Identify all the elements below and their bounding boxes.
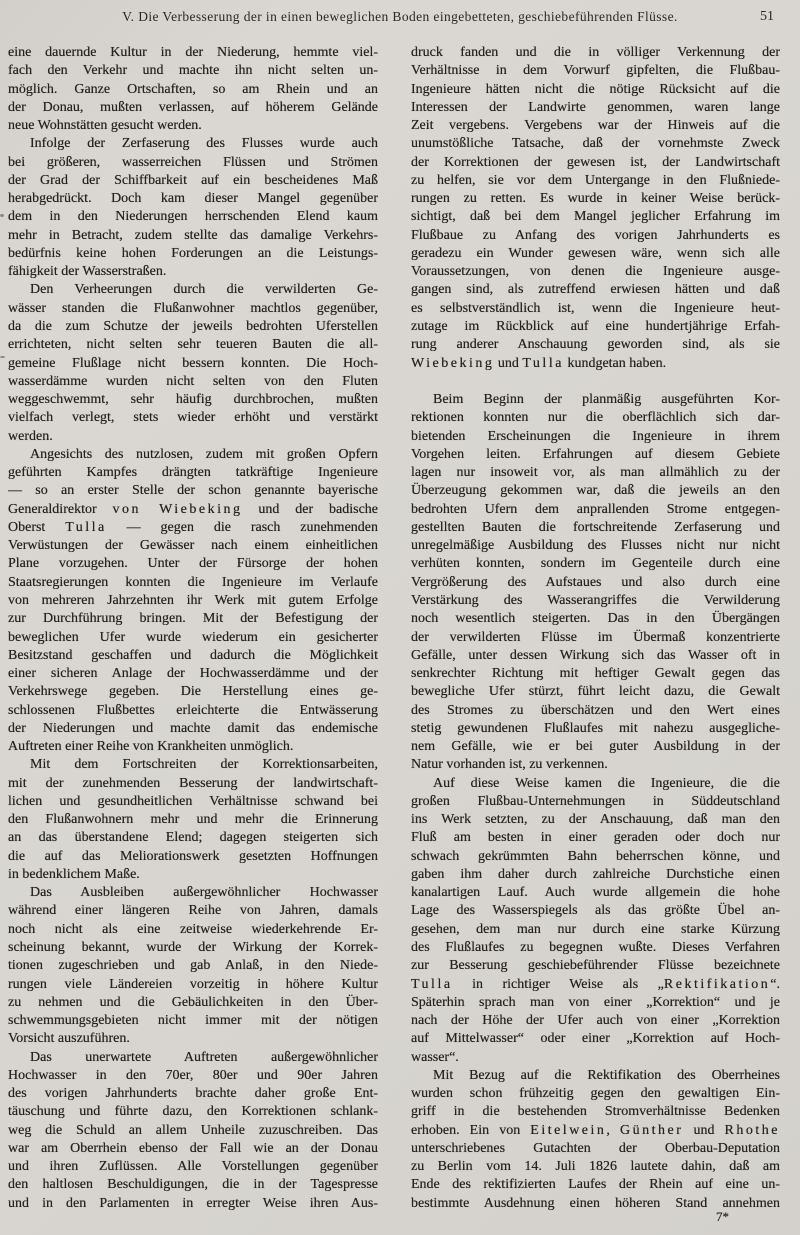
text-line: an das überstandene Elend; dagegen steig… bbox=[8, 829, 378, 847]
spaced-emphasis: Tulla bbox=[65, 520, 107, 535]
spaced-emphasis: Rhothe bbox=[725, 1123, 780, 1138]
text-line: druck fanden und die in völliger Verkenn… bbox=[411, 44, 780, 62]
text-line: des vorigen Jahrhunderts brachte daher g… bbox=[8, 1085, 378, 1103]
text-line: Überzeugung gekommen war, daß die jeweil… bbox=[411, 482, 780, 500]
text-line: Natur vorhanden ist, zu verkennen. bbox=[411, 756, 780, 774]
text-column-right: druck fanden und die in völliger Verkenn… bbox=[411, 44, 780, 1213]
text-line: lichen und gesundheitlichen Verhältnisse… bbox=[8, 793, 378, 811]
text-line: war am Oberrhein ebenso der Fall wie an … bbox=[8, 1140, 378, 1158]
text-line: Späterhin sprach man von einer „Korrekti… bbox=[411, 994, 780, 1012]
text-line: nach der Höhe der Ufer auch von einer „K… bbox=[411, 1012, 780, 1030]
text-line: bedürfnis keine hohen Forderungen an die… bbox=[8, 245, 378, 263]
text-line: Angesichts des nutzlosen, zudem mit groß… bbox=[8, 446, 378, 464]
text-line: noch nicht als eine zeitweise wiederkehr… bbox=[8, 921, 378, 939]
text-line: der verwilderten Flüsse im Übermaß konze… bbox=[411, 629, 780, 647]
text-line: täuschung und führte dazu, den Korrektio… bbox=[8, 1103, 378, 1121]
text-line: die auf das Meliorationswerk gesetzten H… bbox=[8, 848, 378, 866]
text-line: mehr in Betracht, zudem stellte das dama… bbox=[8, 227, 378, 245]
text-line: zu nehmen und die Gebäulichkeiten in den… bbox=[8, 994, 378, 1012]
text-line: und in den Parlamenten in erregter Weise… bbox=[8, 1195, 378, 1213]
text-line: Vorsicht auszuführen. bbox=[8, 1030, 378, 1048]
text-line: fähigkeit der Wasserstraßen. bbox=[8, 263, 378, 281]
text-line: des Flußlaufes zu begegnen wußte. Dieses… bbox=[411, 939, 780, 957]
text-line: ins Werk setzten, zu der Anschauung, daß… bbox=[411, 811, 780, 829]
text-line: Lage des Wasserspiegels als das größte Ü… bbox=[411, 902, 780, 920]
text-line: zu Berlin vom 14. Juli 1826 lautete dahi… bbox=[411, 1158, 780, 1176]
text-line: dem in den Niederungen herrschenden Elen… bbox=[8, 208, 378, 226]
text-line: des Stromes zu überschätzen und den Wert… bbox=[411, 702, 780, 720]
text-line: Hochwasser in den 70er, 80er und 90er Ja… bbox=[8, 1067, 378, 1085]
text-line: Zeit vergebens. Vergebens war der Hinwei… bbox=[411, 117, 780, 135]
text-line: es selbstverständlich ist, wenn die Inge… bbox=[411, 300, 780, 318]
text-line: der Niederungen und machte damit das end… bbox=[8, 720, 378, 738]
text-line: rungen zu retten. Es wurde in keiner Wei… bbox=[411, 190, 780, 208]
text-line: unterschriebenes Gutachten der Oberbau-D… bbox=[411, 1140, 780, 1158]
running-header: V. Die Verbesserung der in einen bewegli… bbox=[0, 9, 800, 27]
spaced-emphasis: von Wiebeking bbox=[113, 502, 243, 517]
text-line: kanalartigen Lauf. Auch wurde allgemein … bbox=[411, 884, 780, 902]
text-line: zur Durchführung bringen. Mit der Befest… bbox=[8, 610, 378, 628]
text-line: Mit Bezug auf die Rektifikation des Ober… bbox=[411, 1067, 780, 1085]
text-line: Infolge der Zerfaserung des Flusses wurd… bbox=[8, 135, 378, 153]
text-line: rungen viele Ländereien vorzeitig in höh… bbox=[8, 976, 378, 994]
text-line: Tulla in richtiger Weise als „Rektifikat… bbox=[411, 976, 780, 994]
text-line: Voraussetzungen, von denen die Ingenieur… bbox=[411, 263, 780, 281]
text-line: mit der zunehmenden Besserung der landwi… bbox=[8, 775, 378, 793]
text-line: gesehen, dem man nur durch eine starke K… bbox=[411, 921, 780, 939]
spaced-emphasis: Günther bbox=[620, 1123, 683, 1138]
text-line: Verwüstungen der Gewässer nach einem ein… bbox=[8, 537, 378, 555]
text-line: erhoben. Ein von Eitelwein, Günther und … bbox=[411, 1122, 780, 1140]
text-column-left: eine dauernde Kultur in der Niederung, h… bbox=[8, 44, 378, 1213]
text-line: — so an erster Stelle der schon genannte… bbox=[8, 482, 378, 500]
text-line: wasser“. bbox=[411, 1049, 780, 1067]
text-line: eine dauernde Kultur in der Niederung, h… bbox=[8, 44, 378, 62]
text-line: zutage im Rückblick auf eine hundertjähr… bbox=[411, 318, 780, 336]
text-line: wurden schon frühzeitig gegen den gewalt… bbox=[411, 1085, 780, 1103]
text-line: Oberst Tulla — gegen die rasch zunehmend… bbox=[8, 519, 378, 537]
text-line: Flußbaue zu Anfang des vorigen Jahrhunde… bbox=[411, 227, 780, 245]
text-line: scheinung bekannt, wurde der Wirkung der… bbox=[8, 939, 378, 957]
text-line: rektionen konnten nur die oberflächlich … bbox=[411, 409, 780, 427]
text-line: Das Ausbleiben außergewöhnlicher Hochwas… bbox=[8, 884, 378, 902]
text-line: unregelmäßige Ausbildung des Flusses nic… bbox=[411, 537, 780, 555]
signature-mark: 7* bbox=[716, 1209, 729, 1225]
scan-speck bbox=[0, 356, 5, 358]
text-line: wässer standen die Flußanwohner machtlos… bbox=[8, 300, 378, 318]
text-line: noch wesentlich steigerten. Das in den Ü… bbox=[411, 610, 780, 628]
spaced-emphasis: Eitelwein bbox=[530, 1123, 606, 1138]
text-line: vielfach verlegt, stets wieder erhöht un… bbox=[8, 409, 378, 427]
spaced-emphasis: Tulla bbox=[522, 356, 564, 371]
text-line: den Flußanwohnern mehr und mehr die Erin… bbox=[8, 811, 378, 829]
text-line: zur Besserung geschiebeführender Flüsse … bbox=[411, 957, 780, 975]
text-line: Den Verheerungen durch die verwilderten … bbox=[8, 281, 378, 299]
text-line: sichtigt, daß bei dem Mangel jeglicher E… bbox=[411, 208, 780, 226]
text-line: werden. bbox=[8, 428, 378, 446]
text-line: errichteten, nicht selten sehr teueren B… bbox=[8, 336, 378, 354]
chapter-header-title: V. Die Verbesserung der in einen bewegli… bbox=[122, 9, 678, 24]
text-line: Das unerwartete Auftreten außergewöhnlic… bbox=[8, 1049, 378, 1067]
text-line: möglich. Ganze Ortschaften, so am Rhein … bbox=[8, 81, 378, 99]
text-line: wasserdämme wurden nicht selten von den … bbox=[8, 373, 378, 391]
book-page: V. Die Verbesserung der in einen bewegli… bbox=[0, 0, 800, 1235]
text-line: Besitzstand geschaffen und dadurch die M… bbox=[8, 647, 378, 665]
text-line: bedrohten Ufern dem anprallenden Strome … bbox=[411, 501, 780, 519]
scan-speck bbox=[0, 214, 4, 217]
text-line: Interessen der Landwirte genommen, waren… bbox=[411, 99, 780, 117]
text-line: Gefälle, unter dessen Wirkung sich das W… bbox=[411, 647, 780, 665]
spaced-emphasis: Rektifikation bbox=[664, 977, 770, 992]
text-line: stetig gewundenen Flußlaufes mit nahezu … bbox=[411, 720, 780, 738]
text-line: Auftreten einer Reihe von Krankheiten un… bbox=[8, 738, 378, 756]
text-line: beweglichen Ufer wurde wiederum ein gesi… bbox=[8, 629, 378, 647]
text-line: herabgedrückt. Doch kam dieser Mangel ge… bbox=[8, 190, 378, 208]
text-line: während einer längeren Reihe von Jahren,… bbox=[8, 902, 378, 920]
text-line: großen Flußbau-Unternehmungen in Süddeut… bbox=[411, 793, 780, 811]
text-line: und ihren Zuflüssen. Alle Vorstellungen … bbox=[8, 1158, 378, 1176]
text-line: der Korrektionen der gewesen ist, der La… bbox=[411, 154, 780, 172]
text-line: neue Wohnstätten gesucht werden. bbox=[8, 117, 378, 135]
text-line: bewegliche Ufer stürzt, führt leicht daz… bbox=[411, 683, 780, 701]
text-line: bietenden Erscheinungen die Ingenieure i… bbox=[411, 428, 780, 446]
text-line: Vergrößerung des Aufstaues und also durc… bbox=[411, 574, 780, 592]
text-line: weggeschwemmt, sehr häufig durchbrochen,… bbox=[8, 391, 378, 409]
text-line: in bedenklichem Maße. bbox=[8, 866, 378, 884]
text-line: Verstärkung des Wasserangriffes die Verw… bbox=[411, 592, 780, 610]
text-line: den haltlosen Beschuldigungen, die in de… bbox=[8, 1176, 378, 1194]
text-line: von mehreren Jahrzehnten ihr Werk mit gu… bbox=[8, 592, 378, 610]
text-line: bei größeren, wasserreichen Flüssen und … bbox=[8, 154, 378, 172]
text-line: gaben ihm daher durch zahlreiche Durchst… bbox=[411, 866, 780, 884]
text-line: der Grad der Schiffbarkeit auf ein besch… bbox=[8, 172, 378, 190]
text-line: nem Gefälle, wie er bei guter Ausbildung… bbox=[411, 738, 780, 756]
text-line: gemeine Flußlage nicht bessern konnten. … bbox=[8, 355, 378, 373]
text-line: geführten Kampfes drängten tatkräftige I… bbox=[8, 464, 378, 482]
page-number: 51 bbox=[760, 9, 774, 25]
text-line: schwemmungsgebieten nicht immer mit der … bbox=[8, 1012, 378, 1030]
text-line: gestellten Bauten die fortschreitende Ze… bbox=[411, 519, 780, 537]
text-line: Vorgehen leiten. Erfahrungen auf diesem … bbox=[411, 446, 780, 464]
text-line: Fluß am besten in einer geraden oder doc… bbox=[411, 829, 780, 847]
text-line: da die zum Schutze der jeweils bedrohten… bbox=[8, 318, 378, 336]
text-line: Wiebeking und Tulla kundgetan haben. bbox=[411, 355, 780, 373]
text-line: fach den Verkehr und machte ihn nicht se… bbox=[8, 62, 378, 80]
spaced-emphasis: Wiebeking bbox=[411, 356, 494, 371]
text-line: Plane vorzugehen. Unter der Fürsorge der… bbox=[8, 555, 378, 573]
text-line: verhüten konnten, sondern im Gegenteile … bbox=[411, 555, 780, 573]
text-line: Generaldirektor von Wiebeking und der ba… bbox=[8, 501, 378, 519]
text-line: zu helfen, sie vor dem Untergange in den… bbox=[411, 172, 780, 190]
text-line: tionen zugeschrieben und gab Anlaß, in d… bbox=[8, 957, 378, 975]
text-line: geradezu ein Wunder gewesen wäre, wenn s… bbox=[411, 245, 780, 263]
text-line: Auf diese Weise kamen die Ingenieure, di… bbox=[411, 775, 780, 793]
text-line: lagen nur insoweit vor, als man allmähli… bbox=[411, 464, 780, 482]
text-line: Mit dem Fortschreiten der Korrektionsarb… bbox=[8, 756, 378, 774]
text-line: Ende des rektifizierten Laufes der Rhein… bbox=[411, 1176, 780, 1194]
text-line: der Donau, mußten verlassen, auf höherem… bbox=[8, 99, 378, 117]
text-line: Ingenieure hätten nicht die nötige Rücks… bbox=[411, 81, 780, 99]
text-line: einer sicheren Anlage der Hochwasserdämm… bbox=[8, 665, 378, 683]
spaced-emphasis: Tulla bbox=[411, 977, 453, 992]
text-line: schwach gekrümmten Bahn beherrschen könn… bbox=[411, 848, 780, 866]
text-line: Staatsregierungen konnten die Ingenieure… bbox=[8, 574, 378, 592]
text-line: rung anderer Anschauung geworden sind, a… bbox=[411, 336, 780, 354]
text-line: Beim Beginn der planmäßig ausgeführten K… bbox=[411, 391, 780, 409]
text-line: Verkehrswege gegeben. Die Herstellung ei… bbox=[8, 683, 378, 701]
text-line: griff in die bestehenden Stromverhältnis… bbox=[411, 1103, 780, 1121]
text-line: Verhältnisse in dem Vorwurf gipfelten, d… bbox=[411, 62, 780, 80]
text-line: schlossenen Flußbettes erleichterte die … bbox=[8, 702, 378, 720]
text-line: weg die Schuld an allem Unheile zuzuschr… bbox=[8, 1122, 378, 1140]
text-line: gangen sind, als zutreffend erwiesen hät… bbox=[411, 281, 780, 299]
text-line: unumstößliche Tatsache, daß der vornehms… bbox=[411, 135, 780, 153]
text-line: auf Mittelwasser“ oder einer „Korrektion… bbox=[411, 1030, 780, 1048]
text-line: senkrechter Richtung mit heftiger Gewalt… bbox=[411, 665, 780, 683]
